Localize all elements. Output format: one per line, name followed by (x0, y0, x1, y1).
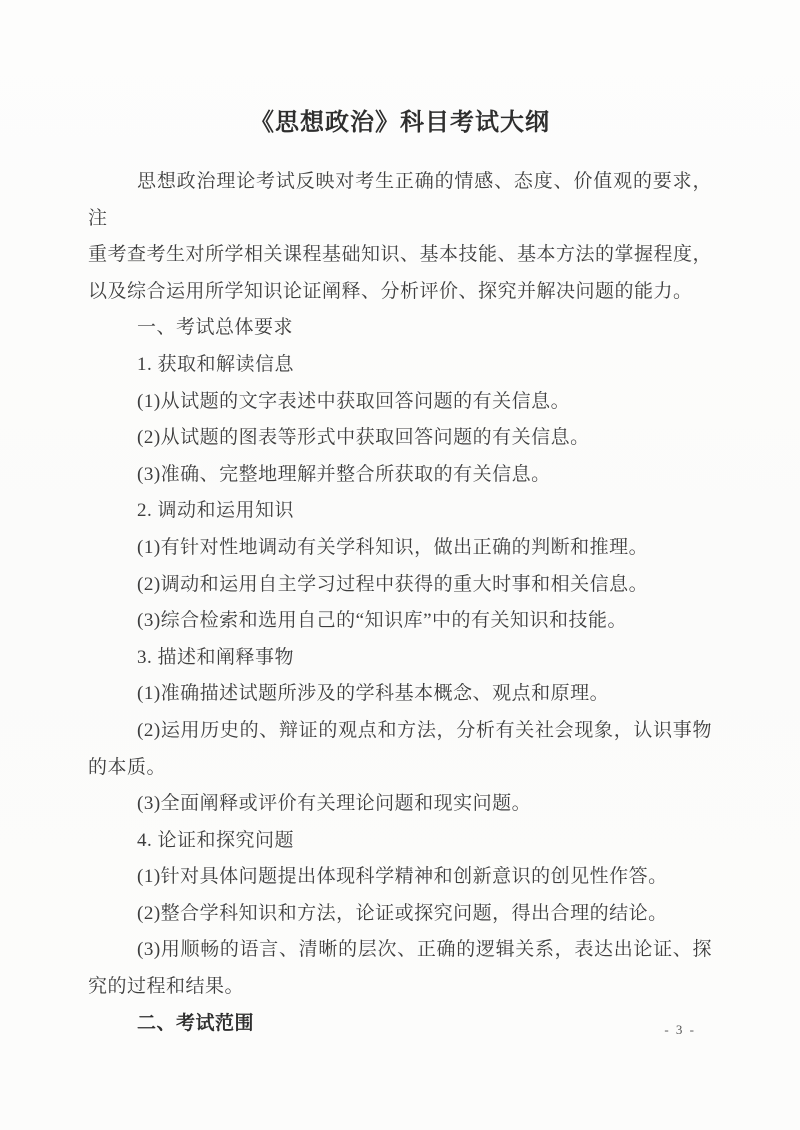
text-line: 思想政治理论考试反映对考生正确的情感、态度、价值观的要求，注 (88, 164, 712, 237)
text-line: 二、考试范围 (88, 1006, 712, 1043)
document-page: 《思想政治》科目考试大纲 思想政治理论考试反映对考生正确的情感、态度、价值观的要… (0, 0, 800, 1130)
text-line: (3)准确、完整地理解并整合所获取的有关信息。 (88, 457, 712, 494)
text-line: (3)综合检索和选用自己的“知识库”中的有关知识和技能。 (88, 603, 712, 640)
text-line: (1)有针对性地调动有关学科知识，做出正确的判断和推理。 (88, 530, 712, 567)
document-body: 思想政治理论考试反映对考生正确的情感、态度、价值观的要求，注重考查考生对所学相关… (88, 164, 712, 1042)
text-line: 重考查考生对所学相关课程基础知识、基本技能、基本方法的掌握程度， (88, 237, 712, 274)
text-line: 2. 调动和运用知识 (88, 493, 712, 530)
document-title: 《思想政治》科目考试大纲 (0, 0, 800, 140)
text-line: 以及综合运用所学知识论证阐释、分析评价、探究并解决问题的能力。 (88, 274, 712, 311)
page-number: - 3 - (664, 1022, 696, 1038)
text-line: (2)调动和运用自主学习过程中获得的重大时事和相关信息。 (88, 567, 712, 604)
text-line: (3)用顺畅的语言、清晰的层次、正确的逻辑关系，表达出论证、探 (88, 932, 712, 969)
text-line: (1)准确描述试题所涉及的学科基本概念、观点和原理。 (88, 676, 712, 713)
text-line: 4. 论证和探究问题 (88, 823, 712, 860)
text-line: 3. 描述和阐释事物 (88, 640, 712, 677)
text-line: 一、考试总体要求 (88, 310, 712, 347)
text-line: 的本质。 (88, 750, 712, 787)
text-line: (1)针对具体问题提出体现科学精神和创新意识的创见性作答。 (88, 859, 712, 896)
text-line: (2)从试题的图表等形式中获取回答问题的有关信息。 (88, 420, 712, 457)
text-line: 1. 获取和解读信息 (88, 347, 712, 384)
text-line: (2)整合学科知识和方法，论证或探究问题，得出合理的结论。 (88, 896, 712, 933)
text-line: 究的过程和结果。 (88, 969, 712, 1006)
text-line: (3)全面阐释或评价有关理论问题和现实问题。 (88, 786, 712, 823)
text-line: (2)运用历史的、辩证的观点和方法，分析有关社会现象，认识事物 (88, 713, 712, 750)
text-line: (1)从试题的文字表述中获取回答问题的有关信息。 (88, 384, 712, 421)
